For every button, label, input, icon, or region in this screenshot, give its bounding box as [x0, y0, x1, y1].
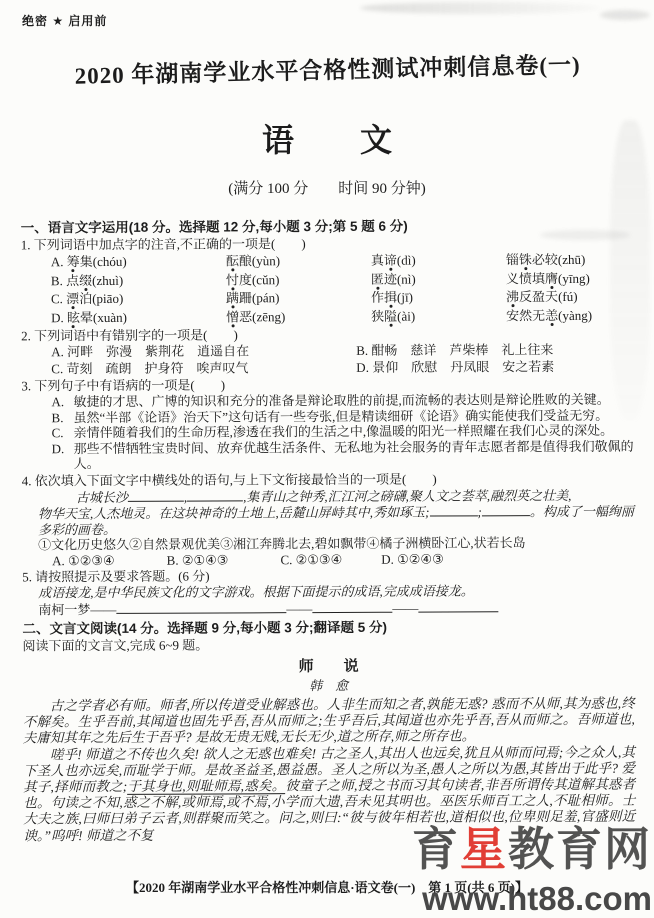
- q1-cell: B. 点缀(zhuì): [51, 271, 226, 290]
- watermark: 育星教育网 www.ht88.com: [412, 813, 652, 918]
- subject-char-right: 文: [360, 122, 392, 158]
- pinyin-item: 真谛(dì): [371, 251, 506, 270]
- passage-author: 韩 愈: [23, 676, 635, 696]
- pinyin-item: 义愤填膺(yīng): [506, 269, 633, 288]
- section2-intro: 阅读下面的文言文,完成 6~9 题。: [22, 635, 634, 655]
- watermark-brand-star: 星: [460, 823, 508, 875]
- watermark-brand-text: 教育网: [508, 823, 652, 875]
- pinyin-item: 筹集(chóu): [67, 254, 127, 269]
- pinyin-item: 沸反盈天(fú): [506, 288, 633, 307]
- blank-line: [312, 599, 392, 612]
- option-label: B.: [51, 410, 73, 426]
- blank-line: [429, 503, 477, 516]
- blank-line: [128, 488, 184, 501]
- pinyin-item: 眩晕(xuàn): [67, 309, 127, 324]
- chain-start: 南柯一梦——: [38, 601, 116, 616]
- pinyin-item: 匿迹(nì): [371, 270, 506, 289]
- pinyin-item: 锱铢必较(zhū): [506, 251, 633, 270]
- subject-title: 语文: [0, 115, 654, 161]
- q4-text: 古城长沙: [76, 489, 128, 504]
- q1-options: A. 筹集(chóu) 酝酿(yùn) 真谛(dì) 锱铢必较(zhū) B. …: [21, 251, 633, 328]
- q4-text: ,集青山之钟秀,汇江河之磅礴,聚人文之荟萃,融烈英之壮美,: [243, 487, 571, 503]
- pinyin-item: 蹒跚(pán): [226, 289, 371, 308]
- option-text: 那些不惜牺牲宝贵时间、放弃优越生活条件、无私地为社会服务的青年志愿者都是值得我们…: [74, 438, 634, 471]
- exam-meta: (满分 100 分 时间 90 分钟): [0, 177, 654, 198]
- blank-line: [116, 600, 286, 614]
- option-label: D.: [51, 309, 64, 328]
- watermark-url: www.ht88.com: [412, 880, 652, 918]
- paper-body: 一、语言文字运用(18 分。选择题 12 分,每小题 3 分;第 5 题 6 分…: [0, 217, 654, 845]
- option-label: D.: [52, 441, 74, 472]
- pinyin-item: 作揖(jī): [371, 288, 506, 307]
- q2-option-b: B. 酣畅 慈详 芦柴棒 礼上往来: [356, 342, 553, 359]
- q1-cell: C. 漂泊(piāo): [51, 289, 226, 308]
- option-label: B.: [51, 272, 63, 291]
- q1-cell: D. 眩晕(xuàn): [51, 308, 226, 327]
- paper-title: 2020 年湖南学业水平合格性测试冲刺信息卷(一): [0, 0, 654, 92]
- q3-option-d: D. 那些不惜牺牲宝贵时间、放弃优越生活条件、无私地为社会服务的青年志愿者都是值…: [52, 438, 634, 472]
- watermark-brand: 育星教育网: [412, 813, 652, 879]
- q2-option-c: C. 苛刻 疏朗 护身符 唉声叹气: [51, 359, 356, 377]
- underlined-sentence: 于其身也,则耻师焉,惑矣。: [127, 778, 285, 795]
- watermark-brand-text: 育: [412, 823, 460, 875]
- pinyin-item: 狭隘(ài): [371, 307, 506, 326]
- q2-option-d: D. 景仰 欣慰 丹凤眼 安之若素: [356, 359, 554, 376]
- blank-line: [187, 488, 243, 501]
- pinyin-item: 憎恶(zēng): [226, 307, 371, 326]
- subject-char-left: 语: [262, 122, 294, 158]
- blank-line: [482, 503, 530, 516]
- q4-passage: 古城长沙,,集青山之钟秀,汇江河之磅礴,聚人文之荟萃,融烈英之壮美, 物华天宝,…: [38, 486, 634, 537]
- q1-row-d: D. 眩晕(xuàn) 憎恶(zēng) 狭隘(ài) 安然无恙(yàng): [51, 306, 633, 327]
- blank-line: [418, 599, 498, 612]
- q4-line2: 物华天宝,人杰地灵。在这块神奇的土地上,岳麓山屏峙其中,秀如琢玉;;。构成了一幅…: [38, 503, 634, 538]
- passage-paragraph-1: 古之学者必有师。师者,所以传道受业解惑也。人非生而知之者,孰能无惑? 惑而不从师…: [23, 696, 635, 747]
- pinyin-item: 忖度(cǔn): [226, 270, 371, 289]
- q2-row-2: C. 苛刻 疏朗 护身符 唉声叹气 D. 景仰 欣慰 丹凤眼 安之若素: [51, 358, 633, 377]
- passage-title: 师 说: [23, 656, 635, 679]
- q5-chain: 南柯一梦——————: [38, 598, 634, 617]
- option-label: C.: [52, 425, 74, 441]
- option-label: A.: [51, 394, 73, 410]
- exam-page-scan: 绝密 ★ 启用前 2020 年湖南学业水平合格性测试冲刺信息卷(一) 语文 (满…: [0, 0, 654, 918]
- q1-row-b: B. 点缀(zhuì) 忖度(cǔn) 匿迹(nì) 义愤填膺(yīng): [51, 269, 633, 290]
- q4-text: 物华天宝,人杰地灵。在这块神奇的土地上,岳麓山屏峙其中,秀如琢玉;: [38, 505, 430, 522]
- chain-dash: ——: [392, 600, 418, 615]
- q2-option-a: A. 河畔 弥漫 紫荆花 逍遥自在: [51, 343, 356, 361]
- q1-row-a: A. 筹集(chóu) 酝酿(yùn) 真谛(dì) 锱铢必较(zhū): [51, 251, 633, 272]
- chain-dash: ——: [286, 601, 312, 616]
- pinyin-item: 漂泊(piāo): [66, 291, 123, 306]
- pinyin-item: 酝酿(yùn): [226, 252, 371, 271]
- q1-row-c: C. 漂泊(piāo) 蹒跚(pán) 作揖(jī) 沸反盈天(fú): [51, 288, 633, 309]
- pinyin-item: 安然无恙(yàng): [506, 306, 633, 325]
- option-label: A.: [51, 253, 64, 272]
- pinyin-item: 点缀(zhuì): [66, 272, 123, 287]
- option-label: C.: [51, 290, 63, 309]
- q1-cell: A. 筹集(chóu): [51, 252, 226, 271]
